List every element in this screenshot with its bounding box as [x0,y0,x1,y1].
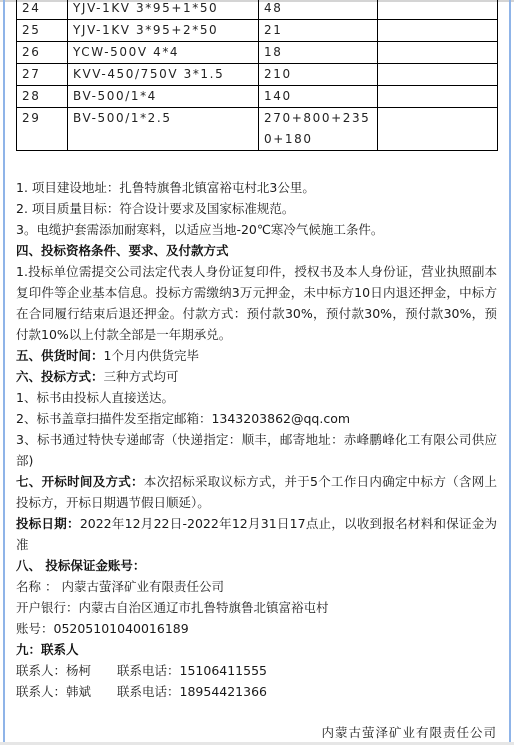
cable-quantity: 210 [259,64,378,86]
row-number: 28 [17,86,68,108]
table-row: 29 BV-500/1*2.5 270+800+2350+180 [17,108,498,151]
bid-date-label: 投标日期： [16,516,80,531]
row-number: 25 [17,20,68,42]
table-row: 25 YJV-1KV 3*95+2*50 21 [17,20,498,42]
table-row: 26 YCW-500V 4*4 18 [17,42,498,64]
contact-1-name: 联系人：杨柯 [16,663,91,678]
row-number: 29 [17,108,68,151]
table-row: 27 KVV-450/750V 3*1.5 210 [17,64,498,86]
cable-note [378,108,498,151]
section-6-value: 三种方式均可 [104,369,179,384]
account-number: 账号：05205101040016189 [16,618,497,639]
cable-quantity: 140 [259,86,378,108]
submission-method-2: 2、标书盖章扫描件发至指定邮箱：1343203862@qq.com [16,408,497,429]
cable-note [378,42,498,64]
qualification-and-payment: 1.投标单位需提交公司法定代表人身份证复印件，授权书及本人身份证，营业执照副本复… [16,261,497,345]
issuing-company-signature: 内蒙古萤泽矿业有限责任公司 [321,723,497,742]
section-9-title: 九：联系人 [16,642,79,657]
section-6: 六、投标方式：三种方式均可 [16,366,497,387]
section-7: 七、开标时间及方式：本次招标采取议标方式，并于5个工作日内确定中标方（含网上投标… [16,471,497,513]
section-8-title: 八、 投标保证金账号： [16,558,145,573]
section-5-label: 五、供货时间： [16,348,104,363]
cable-quantity: 48 [259,0,378,20]
cable-note [378,64,498,86]
cable-model: BV-500/1*4 [68,86,259,108]
table-row: 24 YJV-1KV 3*95+1*50 48 [17,0,498,20]
content-frame-right-border [509,0,511,742]
section-6-label: 六、投标方式： [16,369,104,384]
section-4-heading: 四、投标资格条件、要求、及付款方式 [16,240,497,261]
contact-1: 联系人：杨柯联系电话：15106411555 [16,660,497,681]
submission-method-3: 3、标书通过特快专递邮寄（快递指定：顺丰，邮寄地址：赤峰鹏峰化工有限公司供应部) [16,429,497,471]
account-bank: 开户银行：内蒙古自治区通辽市扎鲁特旗鲁北镇富裕屯村 [16,597,497,618]
section-8-heading: 八、 投标保证金账号： [16,555,497,576]
row-number: 27 [17,64,68,86]
contact-1-phone: 联系电话：15106411555 [117,663,267,678]
cable-model: YCW-500V 4*4 [68,42,259,64]
cable-model: YJV-1KV 3*95+2*50 [68,20,259,42]
contact-2: 联系人：韩斌联系电话：18954421366 [16,681,497,702]
section-5: 五、供货时间：1个月内供货完毕 [16,345,497,366]
cable-note [378,86,498,108]
bid-date-value: 2022年12月22日-2022年12月31日17点止，以收到报名材料和保证金为… [16,516,497,552]
project-address: 1. 项目建设地址：扎鲁特旗鲁北镇富裕屯村北3公里。 [16,177,497,198]
cable-note [378,20,498,42]
quality-target: 2. 项目质量目标：符合设计要求及国家标准规范。 [16,198,497,219]
cable-model: KVV-450/750V 3*1.5 [68,64,259,86]
cable-quantity: 18 [259,42,378,64]
cable-model: YJV-1KV 3*95+1*50 [68,0,259,20]
section-9-heading: 九：联系人 [16,639,497,660]
cable-spec-table: 24 YJV-1KV 3*95+1*50 48 25 YJV-1KV 3*95+… [16,0,498,151]
cable-requirement: 3。电缆护套需添加耐寒料，以适应当地-20℃寒冷气候施工条件。 [16,219,497,240]
row-number: 24 [17,0,68,20]
cable-quantity: 270+800+2350+180 [259,108,378,151]
contact-2-name: 联系人：韩斌 [16,684,91,699]
bid-date: 投标日期：2022年12月22日-2022年12月31日17点止，以收到报名材料… [16,513,497,555]
submission-method-1: 1、标书由投标人直接送达。 [16,387,497,408]
section-7-label: 七、开标时间及方式： [16,474,144,489]
table-row: 28 BV-500/1*4 140 [17,86,498,108]
tender-notice-body: 1. 项目建设地址：扎鲁特旗鲁北镇富裕屯村北3公里。 2. 项目质量目标：符合设… [16,177,497,702]
section-5-value: 1个月内供货完毕 [104,348,199,363]
section-4-title: 四、投标资格条件、要求、及付款方式 [16,243,229,258]
cable-note [378,0,498,20]
content-frame-left-border [3,0,5,742]
cable-model: BV-500/1*2.5 [68,108,259,151]
contact-2-phone: 联系电话：18954421366 [117,684,267,699]
cable-quantity: 21 [259,20,378,42]
row-number: 26 [17,42,68,64]
account-name: 名称 ： 内蒙古萤泽矿业有限责任公司 [16,576,497,597]
